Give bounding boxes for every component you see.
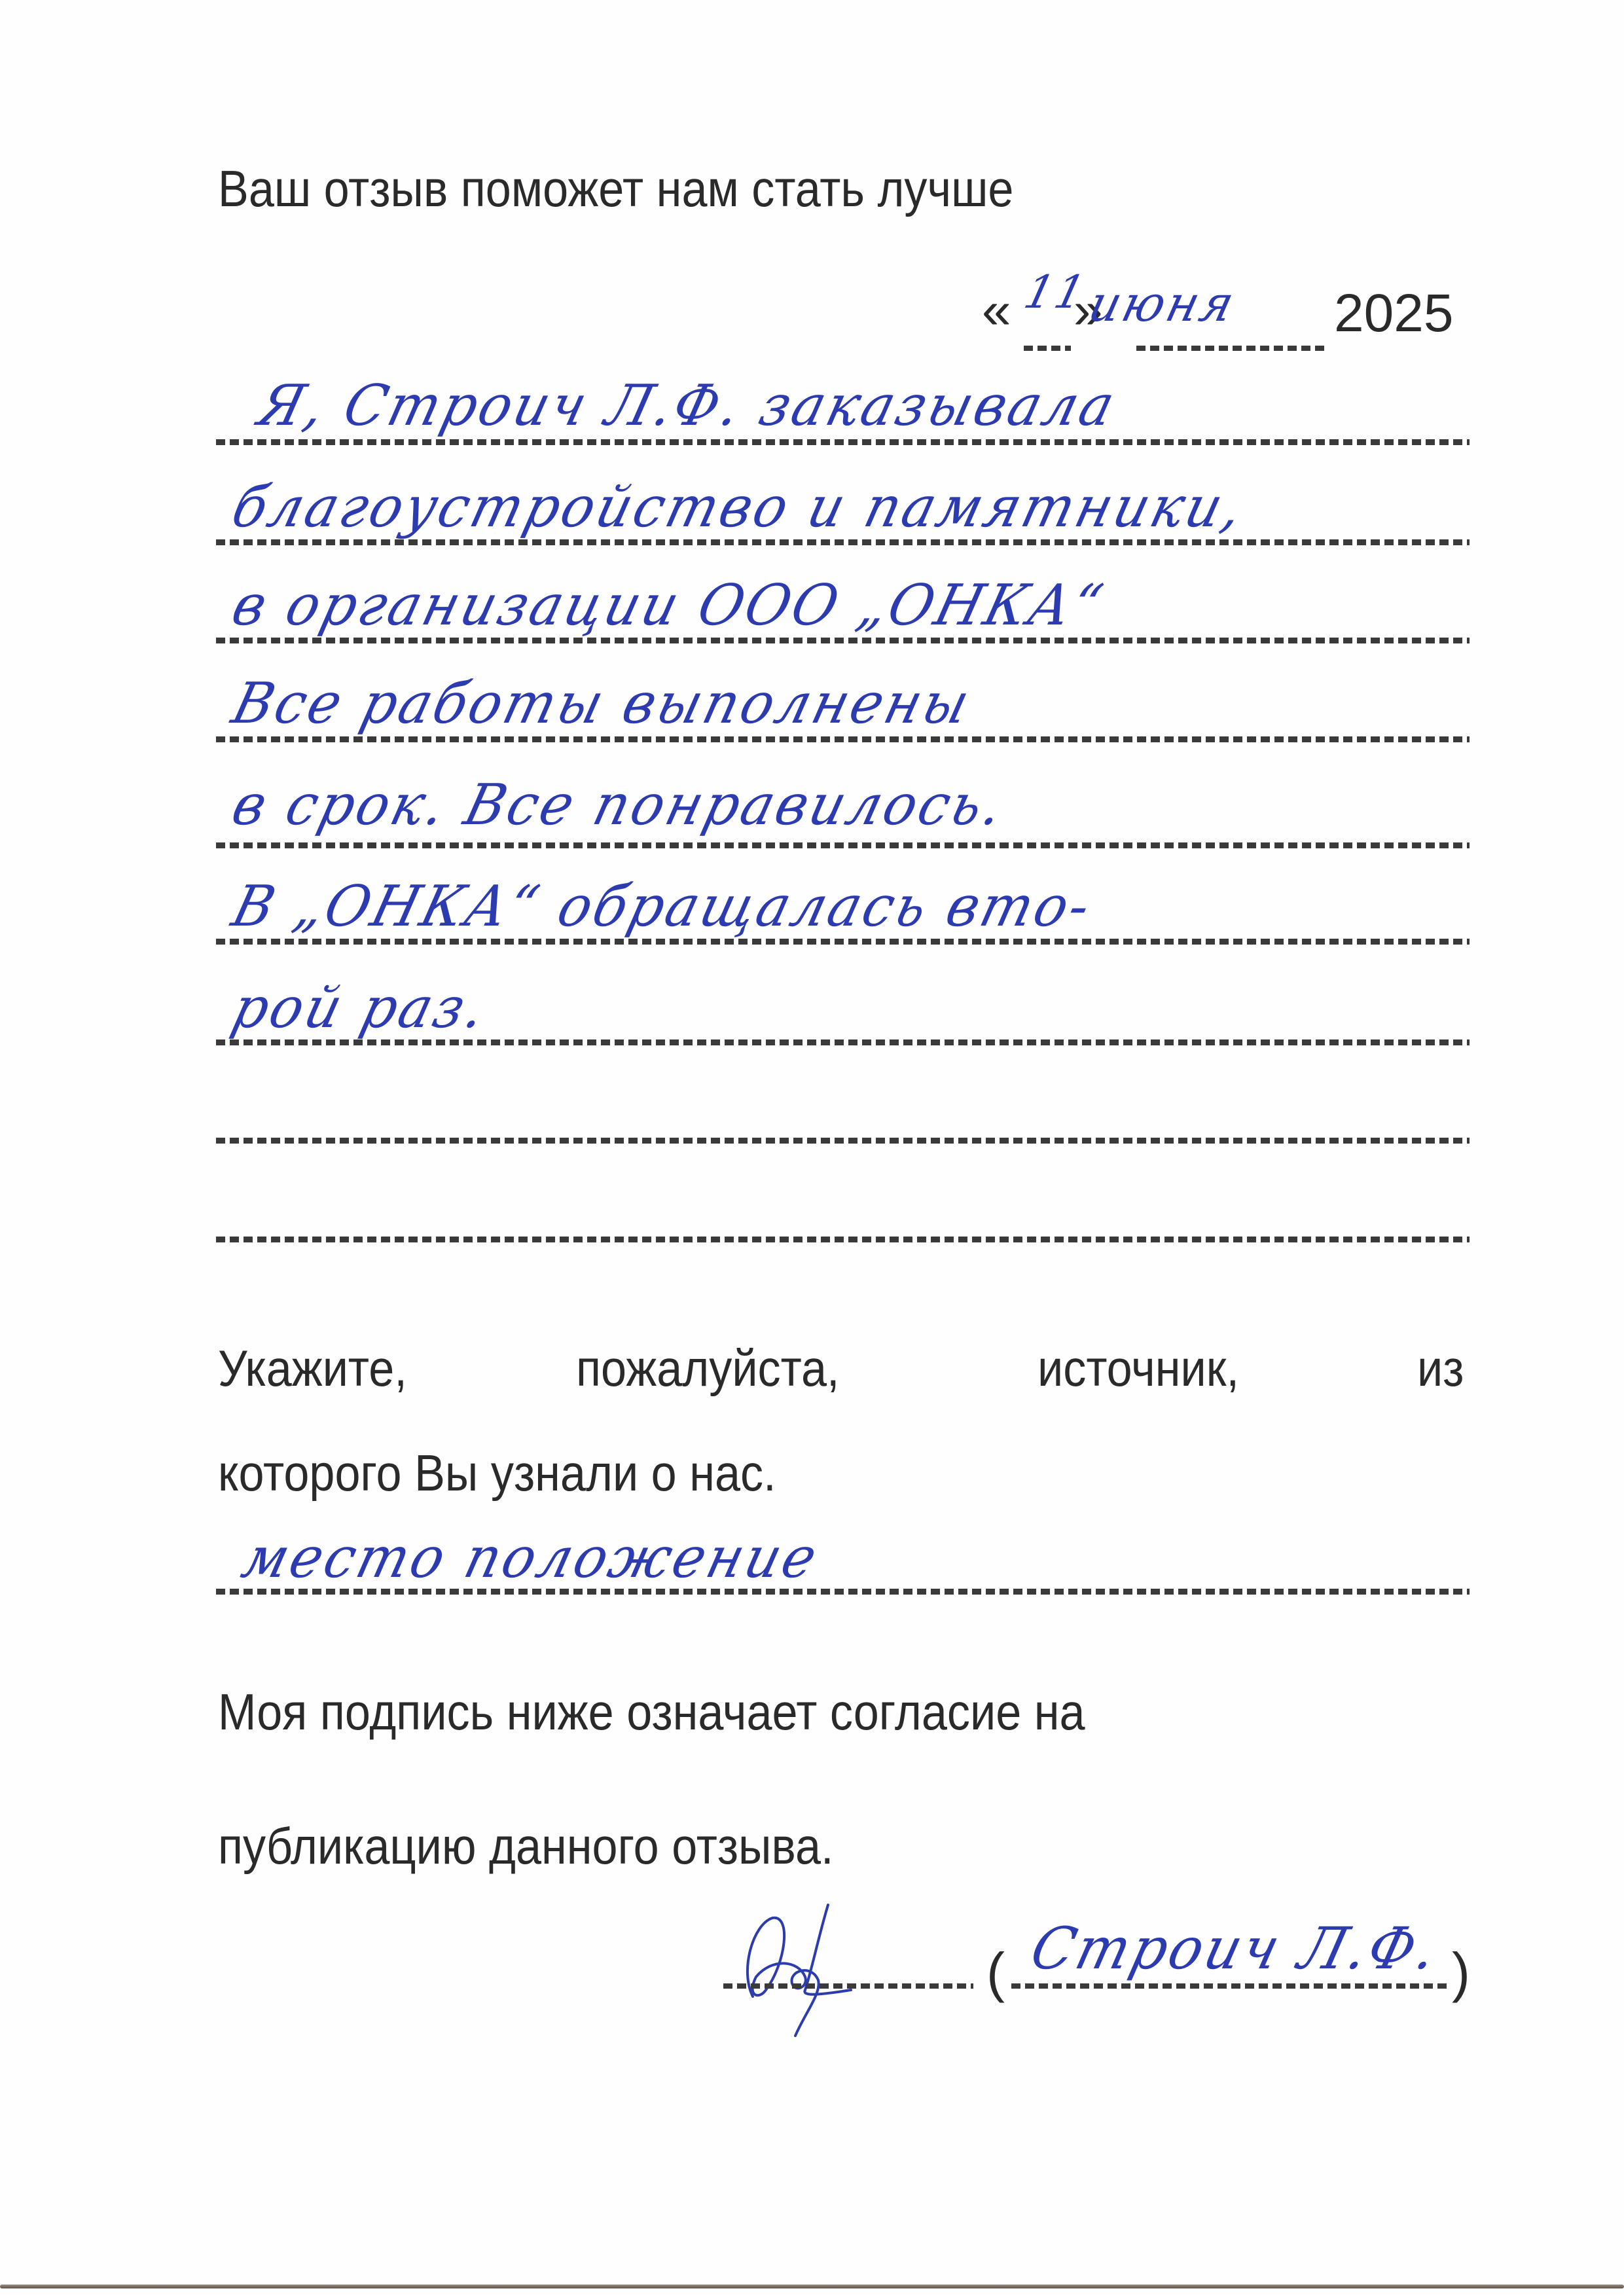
review-line-7: рой раз.	[226, 975, 494, 1041]
review-line-3: в организации ООО „ОНКА“	[226, 573, 1111, 638]
rule-line-3	[216, 638, 1470, 643]
rule-line-6	[216, 939, 1470, 945]
open-paren: (	[986, 1941, 1005, 2004]
review-line-4: Все работы выполнены	[226, 671, 978, 736]
signature-name-line	[1011, 1983, 1450, 1989]
source-word-1: Укажите,	[218, 1339, 407, 1398]
date-day-underline	[1024, 346, 1071, 351]
signature-scribble-icon	[733, 1898, 969, 2049]
source-word-2: пожалуйста,	[576, 1339, 840, 1398]
signature-name: Строич Л.Ф.	[1024, 1915, 1446, 1982]
review-line-1: Я, Строич Л.Ф. заказывала	[252, 373, 1123, 439]
review-line-6: В „ОНКА“ обращалась вто-	[226, 874, 1099, 939]
rule-line-7	[216, 1039, 1470, 1045]
source-question-line-2: которого Вы узнали о нас.	[218, 1443, 776, 1503]
rule-line-9	[216, 1237, 1470, 1242]
source-word-4: из	[1417, 1339, 1464, 1398]
consent-text-line-1: Моя подпись ниже означает согласие на	[218, 1682, 1085, 1742]
review-line-2: благоустройство и памятники,	[226, 475, 1252, 540]
date-year: 2025	[1334, 283, 1453, 344]
rule-line-5	[216, 842, 1470, 848]
rule-line-8	[216, 1138, 1470, 1144]
signature-line	[723, 1983, 973, 1989]
form-title: Ваш отзыв поможет нам стать лучше	[218, 159, 1013, 219]
source-answer: место положение	[236, 1525, 825, 1591]
paper-bottom-edge	[0, 2285, 1624, 2288]
date-month-underline	[1136, 346, 1327, 351]
close-paren: )	[1452, 1941, 1470, 2004]
date-field: « 11 » июня 2025	[982, 275, 1506, 347]
rule-line-2	[216, 539, 1470, 545]
rule-line-4	[216, 736, 1470, 742]
date-month: июня	[1083, 275, 1242, 333]
source-answer-line	[216, 1589, 1470, 1595]
rule-line-1	[216, 439, 1470, 445]
date-open-quote: «	[982, 280, 1011, 340]
consent-text-line-2: публикацию данного отзыва.	[218, 1816, 834, 1876]
source-word-3: источник,	[1038, 1339, 1239, 1398]
review-line-5: в срок. Все понравилось.	[226, 772, 1012, 838]
